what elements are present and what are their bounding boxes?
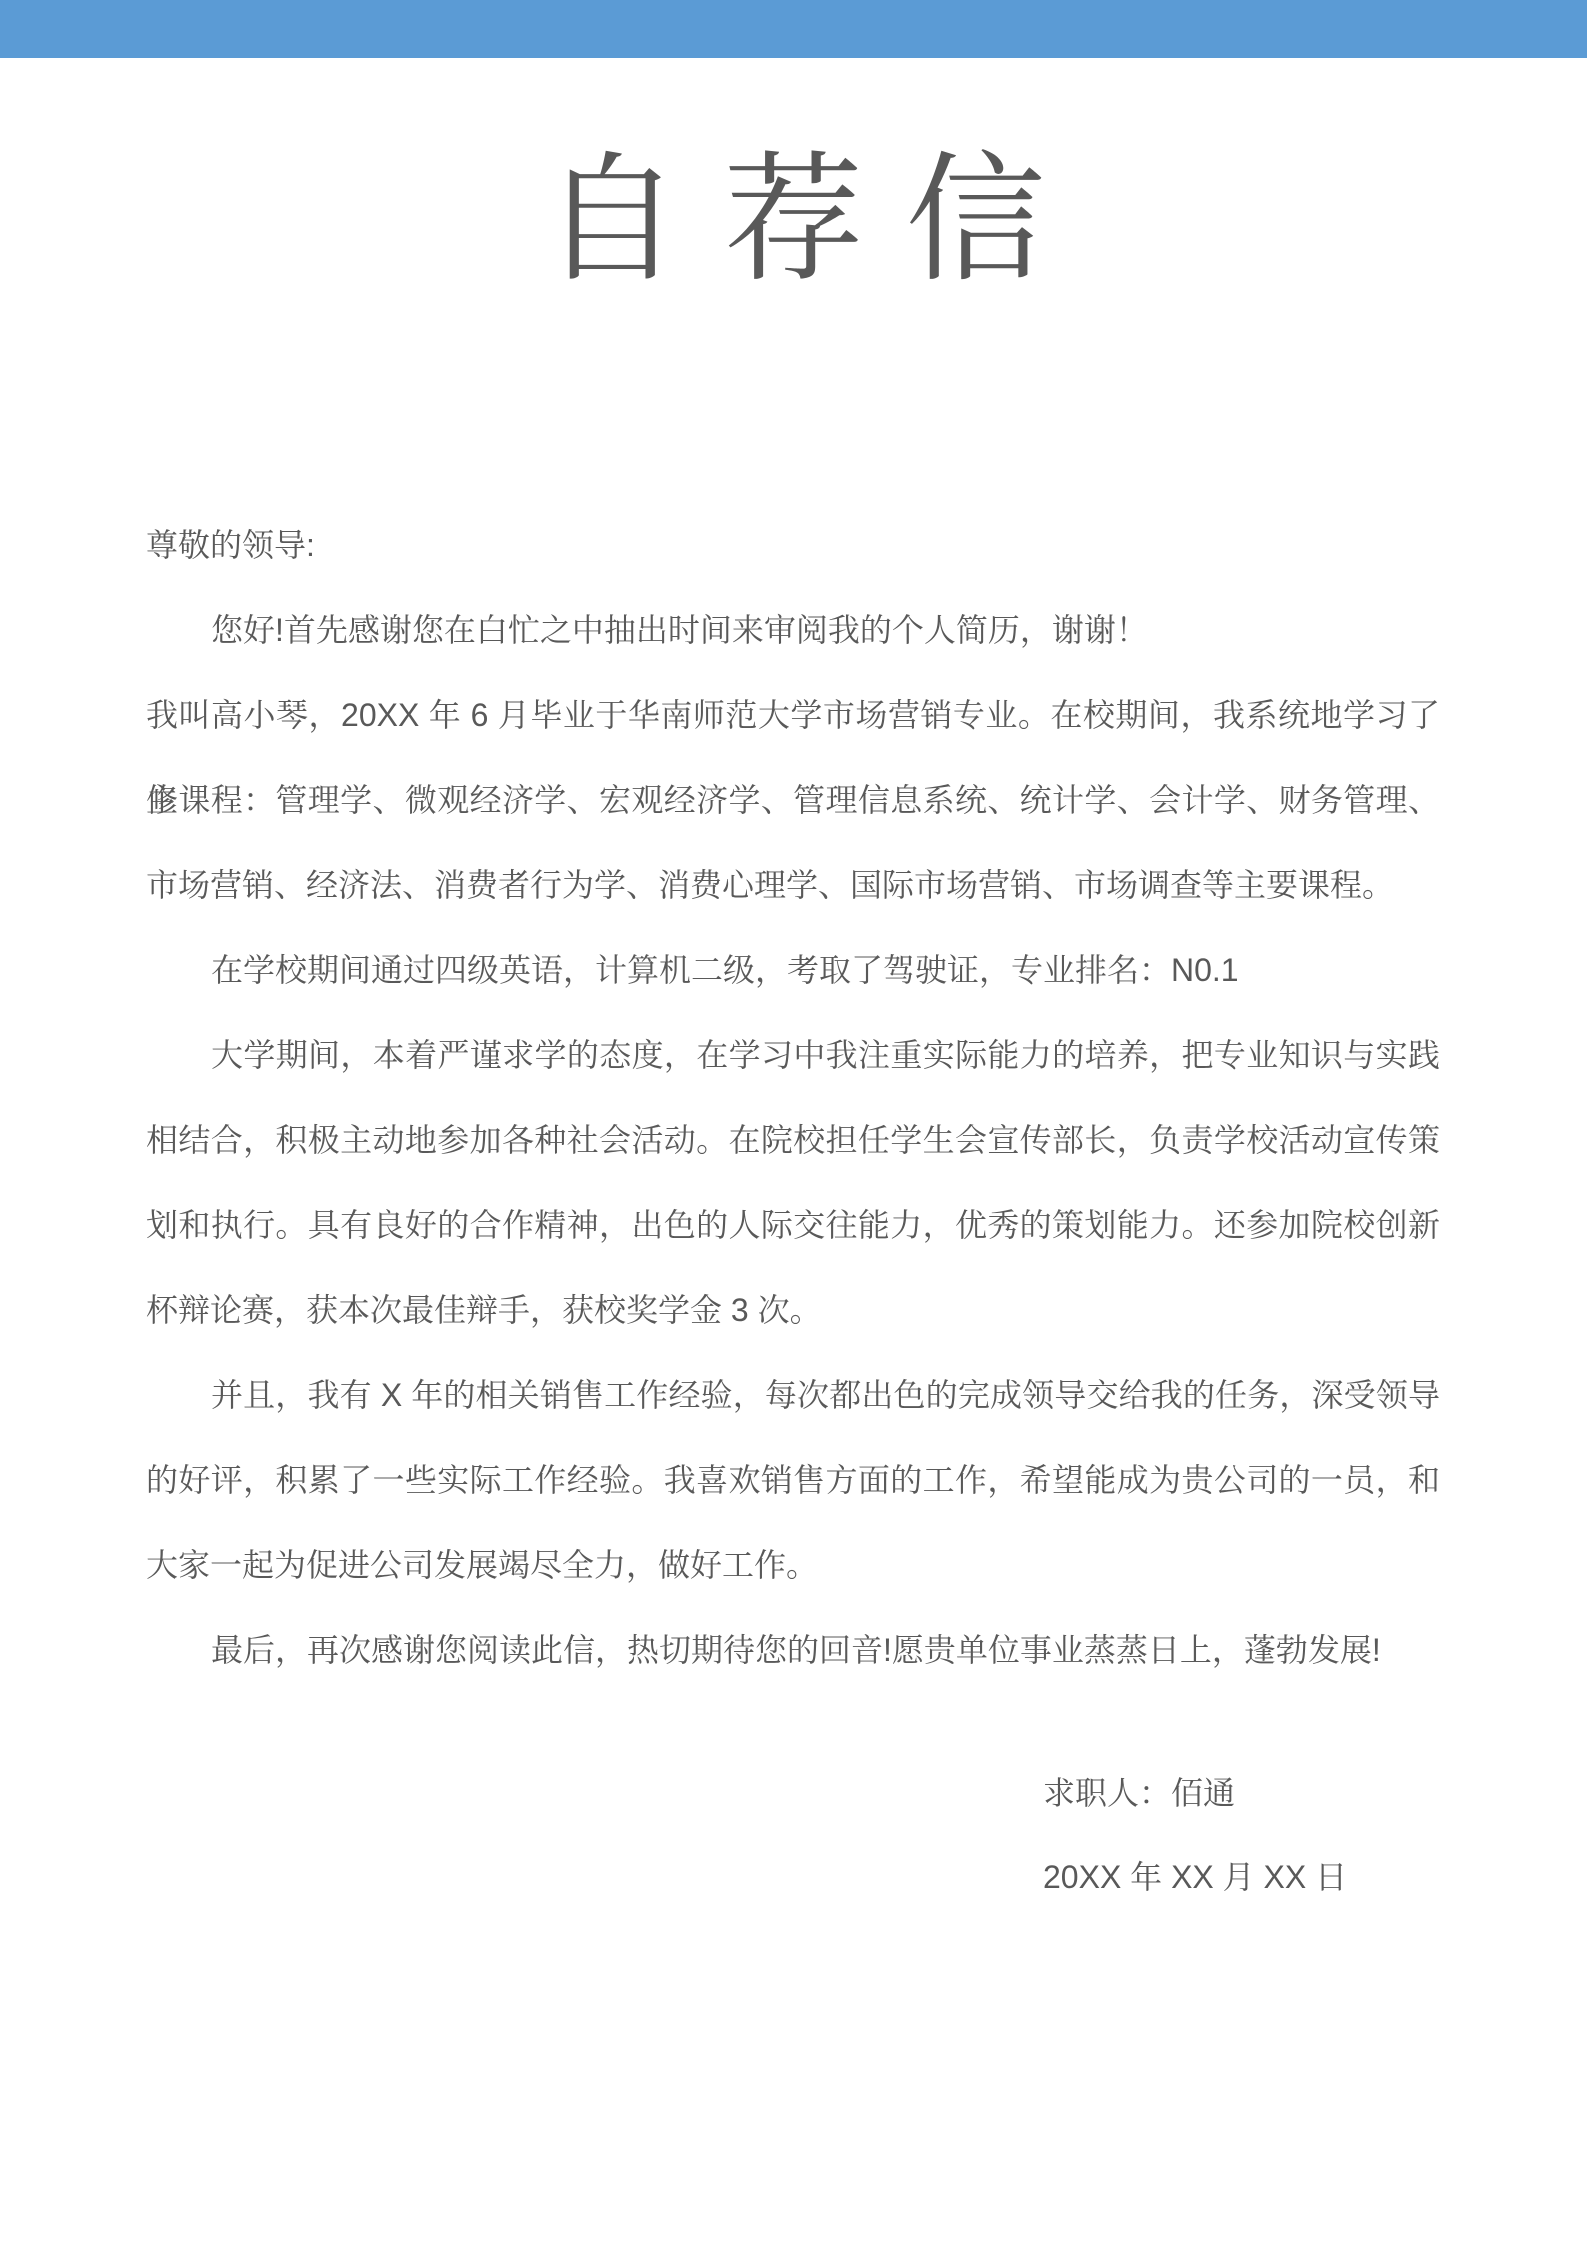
- letter-line: 划和执行。具有良好的合作精神，出色的人际交往能力，优秀的策划能力。还参加院校创新: [146, 1183, 1440, 1268]
- signature-block: 求职人：佰通 20XX 年 XX 月 XX 日: [1043, 1751, 1347, 1919]
- signature-date: 20XX 年 XX 月 XX 日: [1043, 1835, 1347, 1919]
- letter-line: 市场营销、经济法、消费者行为学、消费心理学、国际市场营销、市场调查等主要课程。: [146, 843, 1440, 928]
- letter-line: 杯辩论赛，获本次最佳辩手，获校奖学金 3 次。: [146, 1268, 1440, 1353]
- signature-signer: 求职人：佰通: [1043, 1751, 1347, 1835]
- letter-line: 并且，我有 X 年的相关销售工作经验，每次都出色的完成领导交给我的任务，深受领导: [146, 1353, 1440, 1438]
- document-page: 自 荐 信 尊敬的领导: 您好!首先感谢您在白忙之中抽出时间来审阅我的个人简历，…: [0, 0, 1587, 2245]
- letter-line: 最后，再次感谢您阅读此信，热切期待您的回音!愿贵单位事业蒸蒸日上，蓬勃发展!: [146, 1608, 1440, 1693]
- letter-line: 大家一起为促进公司发展竭尽全力，做好工作。: [146, 1523, 1440, 1608]
- document-title: 自 荐 信: [0, 150, 1587, 290]
- title-char: 自: [541, 150, 681, 290]
- letter-line: 我叫高小琴，20XX 年 6 月毕业于华南师范大学市场营销专业。在校期间，我系统…: [146, 673, 1440, 758]
- title-char: 信: [906, 150, 1046, 290]
- letter-line: 大学期间，本着严谨求学的态度，在学习中我注重实际能力的培养，把专业知识与实践: [146, 1013, 1440, 1098]
- letter-line: 相结合，积极主动地参加各种社会活动。在院校担任学生会宣传部长，负责学校活动宣传策: [146, 1098, 1440, 1183]
- header-accent-bar: [0, 0, 1587, 58]
- letter-body: 尊敬的领导: 您好!首先感谢您在白忙之中抽出时间来审阅我的个人简历，谢谢！我叫高…: [146, 503, 1440, 1693]
- letter-line: 修课程：管理学、微观经济学、宏观经济学、管理信息系统、统计学、会计学、财务管理、: [146, 758, 1440, 843]
- letter-line: 的好评，积累了一些实际工作经验。我喜欢销售方面的工作，希望能成为贵公司的一员，和: [146, 1438, 1440, 1523]
- title-char: 荐: [723, 150, 863, 290]
- letter-line: 在学校期间通过四级英语，计算机二级，考取了驾驶证，专业排名：N0.1: [146, 928, 1440, 1013]
- salutation: 尊敬的领导:: [146, 503, 1440, 588]
- letter-line: 您好!首先感谢您在白忙之中抽出时间来审阅我的个人简历，谢谢！: [146, 588, 1440, 673]
- letter-paragraph-lines: 您好!首先感谢您在白忙之中抽出时间来审阅我的个人简历，谢谢！我叫高小琴，20XX…: [146, 588, 1440, 1693]
